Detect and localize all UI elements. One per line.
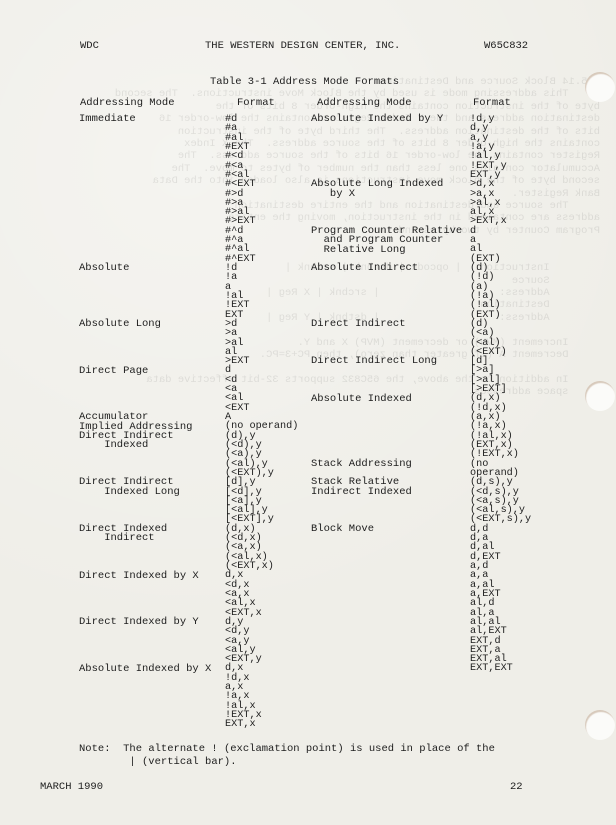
addressing-mode-label: Absolute Indexed by X (79, 665, 211, 674)
addressing-mode-label: Absolute Long Indexed by X (311, 180, 443, 199)
table-note: Note: The alternate ! (exclamation point… (79, 743, 495, 769)
addressing-mode-label: Direct Indexed by X (79, 572, 199, 581)
punch-hole-bottom (585, 710, 615, 740)
column-header-addressing-mode-right: Addressing Mode (317, 97, 412, 109)
addressing-mode-label: Direct Page (79, 367, 148, 376)
punch-hole-top (585, 72, 615, 102)
addressing-mode-label: Absolute (79, 264, 129, 273)
addressing-mode-label: Program Counter Relative and Program Cou… (311, 227, 462, 255)
addressing-mode-label: Direct Indirect (311, 320, 406, 329)
column-header-format-left: Format (237, 97, 275, 109)
right-format-column: !d,yd,ya,y!a,y!al,y!EXT,yEXT,y>d,x>a,x>a… (470, 115, 531, 674)
header-company-abbrev: WDC (80, 40, 99, 52)
header-company-name: THE WESTERN DESIGN CENTER, INC. (205, 40, 400, 52)
note-text: The alternate ! (exclamation point) is u… (79, 743, 495, 768)
document-page: 3.5.14 Block Source and Destination This… (0, 0, 616, 825)
page-number: 22 (510, 781, 523, 793)
addressing-mode-label: Direct Indexed Indirect (79, 525, 167, 544)
addressing-mode-label: Absolute Indirect (311, 264, 418, 273)
addressing-mode-label: Block Move (311, 525, 374, 534)
format-entry: <EXT (225, 404, 298, 413)
format-entry: EXT,x (225, 720, 298, 729)
addressing-mode-label: Direct Indirect Indexed Long (79, 478, 180, 497)
addressing-mode-label: Immediate (79, 115, 136, 124)
left-format-column: #d#a#al#EXT#<d#<a#<al#<EXT#>d#>a#>al#>EX… (225, 115, 298, 730)
table-title: Table 3-1 Address Mode Formats (210, 76, 399, 88)
addressing-mode-label: Stack Addressing (311, 460, 412, 469)
addressing-mode-label: Absolute Indexed (311, 395, 412, 404)
format-entry: >EXT (225, 357, 298, 366)
addressing-mode-label: Direct Indexed by Y (79, 618, 199, 627)
addressing-mode-label: Absolute Indexed by Y (311, 115, 443, 124)
format-entry: >EXT,x (470, 217, 531, 226)
column-header-format-right: Format (473, 97, 511, 109)
punch-hole-middle (585, 381, 615, 411)
addressing-mode-label: Absolute Long (79, 320, 161, 329)
format-entry: !a (225, 273, 298, 282)
column-header-addressing-mode-left: Addressing Mode (80, 97, 175, 109)
format-entry: d (470, 227, 531, 236)
addressing-mode-label: Direct Indirect Long (311, 357, 437, 366)
addressing-mode-label: Stack Relative Indirect Indexed (311, 478, 412, 497)
header-part-number: W65C832 (484, 40, 528, 52)
format-entry: EXT,EXT (470, 664, 531, 673)
note-label: Note: (79, 743, 111, 755)
addressing-mode-label: Direct Indirect Indexed (79, 432, 174, 451)
footer-date: MARCH 1990 (40, 781, 103, 793)
